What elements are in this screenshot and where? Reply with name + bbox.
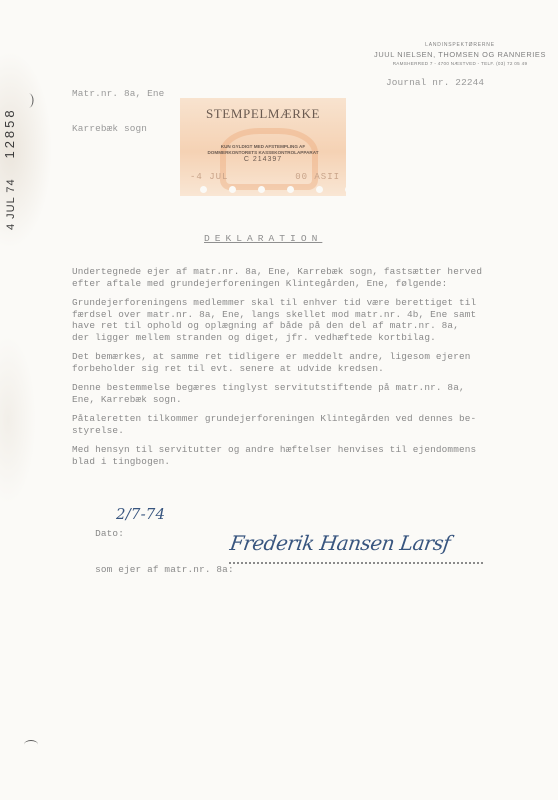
- property-reference: Matr.nr. 8a, Ene Karrebæk sogn: [72, 65, 164, 157]
- paragraph-line: Med hensyn til servitutter og andre hæft…: [72, 444, 482, 456]
- tax-stamp-serial: C 214397: [180, 156, 346, 163]
- paragraph-line: styrelse.: [72, 425, 482, 437]
- tax-stamp-text: KUN GYLDIGT MED AFSTEMPLING AF DOMMERKON…: [180, 144, 346, 156]
- signature: Frederik Hansen Larsf: [229, 538, 450, 550]
- signature-row: som ejer af matr.nr. 8a: Frederik Hansen…: [72, 552, 234, 610]
- journal-number: Journal nr. 22244: [386, 77, 484, 89]
- letterhead-address: RAMSHERRED 7 - 4700 NÆSTVED - TELF. (03)…: [362, 61, 558, 66]
- paragraph-line: Det bemærkes, at samme ret tidligere er …: [72, 351, 482, 363]
- document-title: DEKLARATION: [204, 233, 322, 245]
- letterhead-firm: JUUL NIELSEN, THOMSEN OG RANNERIES: [362, 50, 558, 59]
- paragraph: Denne bestemmelse begæres tinglyst servi…: [72, 382, 482, 405]
- paragraph: Grundejerforeningens medlemmer skal til …: [72, 297, 482, 343]
- letterhead-subtitle: LANDINSPEKTØRERNE: [362, 42, 558, 48]
- paragraph: Undertegnede ejer af matr.nr. 8a, Ene, K…: [72, 266, 482, 289]
- property-line-1: Matr.nr. 8a, Ene: [72, 88, 164, 100]
- paragraph-line: have ret til ophold og oplægning af både…: [72, 320, 482, 332]
- date-label: Dato:: [95, 528, 124, 539]
- paragraph: Med hensyn til servitutter og andre hæft…: [72, 444, 482, 467]
- paragraph-line: der ligger mellem stranden og diget, jfr…: [72, 332, 482, 344]
- date-value: 2/7-74: [116, 509, 165, 521]
- paragraph-line: Grundejerforeningens medlemmer skal til …: [72, 297, 482, 309]
- declaration-body: Undertegnede ejer af matr.nr. 8a, Ene, K…: [72, 266, 482, 475]
- punch-hole-mark-icon: [25, 94, 34, 108]
- paragraph-line: Påtaleretten tilkommer grundejerforening…: [72, 413, 482, 425]
- property-line-2: Karrebæk sogn: [72, 123, 164, 135]
- letterhead: LANDINSPEKTØRERNE JUUL NIELSEN, THOMSEN …: [362, 42, 558, 66]
- registry-number: 12858: [2, 107, 17, 158]
- document-page: LANDINSPEKTØRERNE JUUL NIELSEN, THOMSEN …: [0, 0, 558, 800]
- paragraph-line: færdsel over matr.nr. 8a, Ene, langs ske…: [72, 309, 482, 321]
- paragraph-line: Ene, Karrebæk sogn.: [72, 394, 482, 406]
- tax-stamp-title: STEMPELMÆRKE: [180, 106, 346, 122]
- paragraph-line: Denne bestemmelse begæres tinglyst servi…: [72, 382, 482, 394]
- tax-stamp: STEMPELMÆRKE KUN GYLDIGT MED AFSTEMPLING…: [180, 98, 346, 196]
- tax-stamp-cancellation: -4 JUL 00 ASII: [190, 172, 340, 182]
- registry-date: 4 JUL 74: [5, 178, 17, 230]
- paragraph-line: forbeholder sig ret til evt. senere at u…: [72, 363, 482, 375]
- paragraph: Det bemærkes, at samme ret tidligere er …: [72, 351, 482, 374]
- signature-label: som ejer af matr.nr. 8a:: [95, 564, 234, 575]
- paragraph: Påtaleretten tilkommer grundejerforening…: [72, 413, 482, 436]
- paragraph-line: Undertegnede ejer af matr.nr. 8a, Ene, K…: [72, 266, 482, 278]
- paragraph-line: efter aftale med grundejerforeningen Kli…: [72, 278, 482, 290]
- registry-stamp: 4 JUL 74 12858: [2, 107, 17, 230]
- tax-stamp-cancellation-date: -4 JUL: [190, 172, 228, 182]
- tax-stamp-cancellation-amount: 00 ASII: [295, 172, 340, 182]
- perforation: [200, 186, 346, 193]
- paragraph-line: blad i tingbogen.: [72, 456, 482, 468]
- punch-hole-mark-icon: [24, 740, 38, 749]
